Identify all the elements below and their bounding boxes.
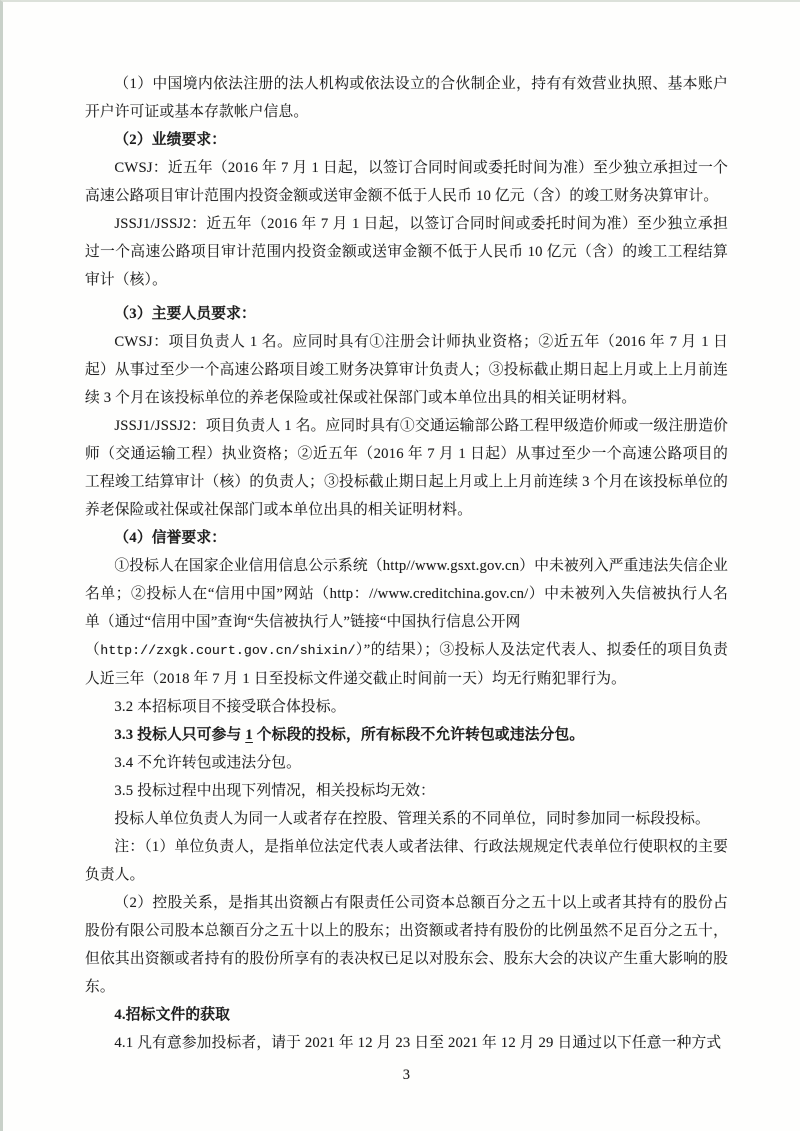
text-run: （ [85, 642, 100, 658]
para-note-2: （2）控股关系，是指其出资额占有限责任公司资本总额百分之五十以上或者其持有的股份… [85, 889, 728, 1001]
text-run: （2）控股关系，是指其出资额占有限责任公司资本总额百分之五十以上或者其持有的股份… [85, 895, 728, 995]
text-run: 个标段的投标，所有标段不允许转包或违法分包。 [253, 727, 584, 743]
text-run: 3.5 投标过程中出现下列情况，相关投标均无效： [114, 783, 435, 799]
para-qualification-1: （1）中国境内依法注册的法人机构或依法设立的合伙制企业，持有有效营业执照、基本账… [85, 70, 728, 126]
text-run: 3.3 投标人只可参与 [114, 727, 245, 743]
para-3-4: 3.4 不允许转包或违法分包。 [85, 749, 728, 777]
document-page: （1）中国境内依法注册的法人机构或依法设立的合伙制企业，持有有效营业执照、基本账… [0, 0, 800, 1131]
para-cwsj-personnel: CWSJ：项目负责人 1 名。应同时具有①注册会计师执业资格；②近五年（2016… [85, 328, 728, 412]
page-number: 3 [85, 1063, 728, 1087]
text-run: CWSJ：近五年（2016 年 7 月 1 日起，以签订合同时间或委托时间为准）… [85, 160, 728, 204]
heading-performance-requirements: （2）业绩要求： [85, 126, 728, 154]
text-run: （3）主要人员要求： [114, 306, 256, 322]
heading-credit-requirements: （4）信誉要求： [85, 524, 728, 552]
text-run: （1）中国境内依法注册的法人机构或依法设立的合伙制企业，持有有效营业执照、基本账… [85, 76, 728, 120]
para-3-5-detail: 投标人单位负责人为同一人或者存在控股、管理关系的不同单位，同时参加同一标段投标。 [85, 805, 728, 833]
heading-key-personnel-requirements: （3）主要人员要求： [85, 300, 728, 328]
para-jssj-personnel: JSSJ1/JSSJ2：项目负责人 1 名。应同时具有①交通运输部公路工程甲级造… [85, 412, 728, 524]
text-run: （4）信誉要求： [114, 530, 226, 546]
text-run: 4.招标文件的获取 [114, 1007, 230, 1023]
text-run: 3.4 不允许转包或违法分包。 [114, 755, 301, 771]
para-credit-detail-continuation: （http://zxgk.court.gov.cn/shixin/）”的结果）；… [85, 636, 728, 693]
para-3-2: 3.2 本招标项目不接受联合体投标。 [85, 693, 728, 721]
text-run: 投标人单位负责人为同一人或者存在控股、管理关系的不同单位，同时参加同一标段投标。 [114, 811, 710, 827]
heading-obtaining-bid-documents: 4.招标文件的获取 [85, 1001, 728, 1029]
text-run: 注：（1）单位负责人，是指单位法定代表人或者法律、行政法规规定代表单位行使职权的… [85, 839, 728, 883]
para-4-1: 4.1 凡有意参加投标者，请于 2021 年 12 月 23 日至 2021 年… [85, 1029, 728, 1057]
para-jssj-performance: JSSJ1/JSSJ2：近五年（2016 年 7 月 1 日起，以签订合同时间或… [85, 210, 728, 294]
para-note-1: 注：（1）单位负责人，是指单位法定代表人或者法律、行政法规规定代表单位行使职权的… [85, 833, 728, 889]
text-run: 1 [245, 727, 253, 743]
para-3-5: 3.5 投标过程中出现下列情况，相关投标均无效： [85, 777, 728, 805]
text-run: （2）业绩要求： [114, 132, 226, 148]
text-run: 4.1 凡有意参加投标者，请于 2021 年 12 月 23 日至 2021 年… [114, 1035, 721, 1051]
para-cwsj-performance: CWSJ：近五年（2016 年 7 月 1 日起，以签订合同时间或委托时间为准）… [85, 154, 728, 210]
para-3-3: 3.3 投标人只可参与 1 个标段的投标，所有标段不允许转包或违法分包。 [85, 721, 728, 749]
text-run: JSSJ1/JSSJ2：项目负责人 1 名。应同时具有①交通运输部公路工程甲级造… [85, 418, 728, 518]
para-credit-detail: ①投标人在国家企业信用信息公示系统（http//www.gsxt.gov.cn）… [85, 552, 728, 636]
text-run: 3.2 本招标项目不接受联合体投标。 [114, 699, 345, 715]
text-run: CWSJ：项目负责人 1 名。应同时具有①注册会计师执业资格；②近五年（2016… [85, 334, 728, 406]
text-run: ①投标人在国家企业信用信息公示系统（http//www.gsxt.gov.cn）… [85, 558, 728, 630]
text-run: http://zxgk.court.gov.cn/shixin/ [100, 643, 355, 658]
text-run: JSSJ1/JSSJ2：近五年（2016 年 7 月 1 日起，以签订合同时间或… [85, 216, 728, 288]
document-body: （1）中国境内依法注册的法人机构或依法设立的合伙制企业，持有有效营业执照、基本账… [85, 70, 728, 1057]
